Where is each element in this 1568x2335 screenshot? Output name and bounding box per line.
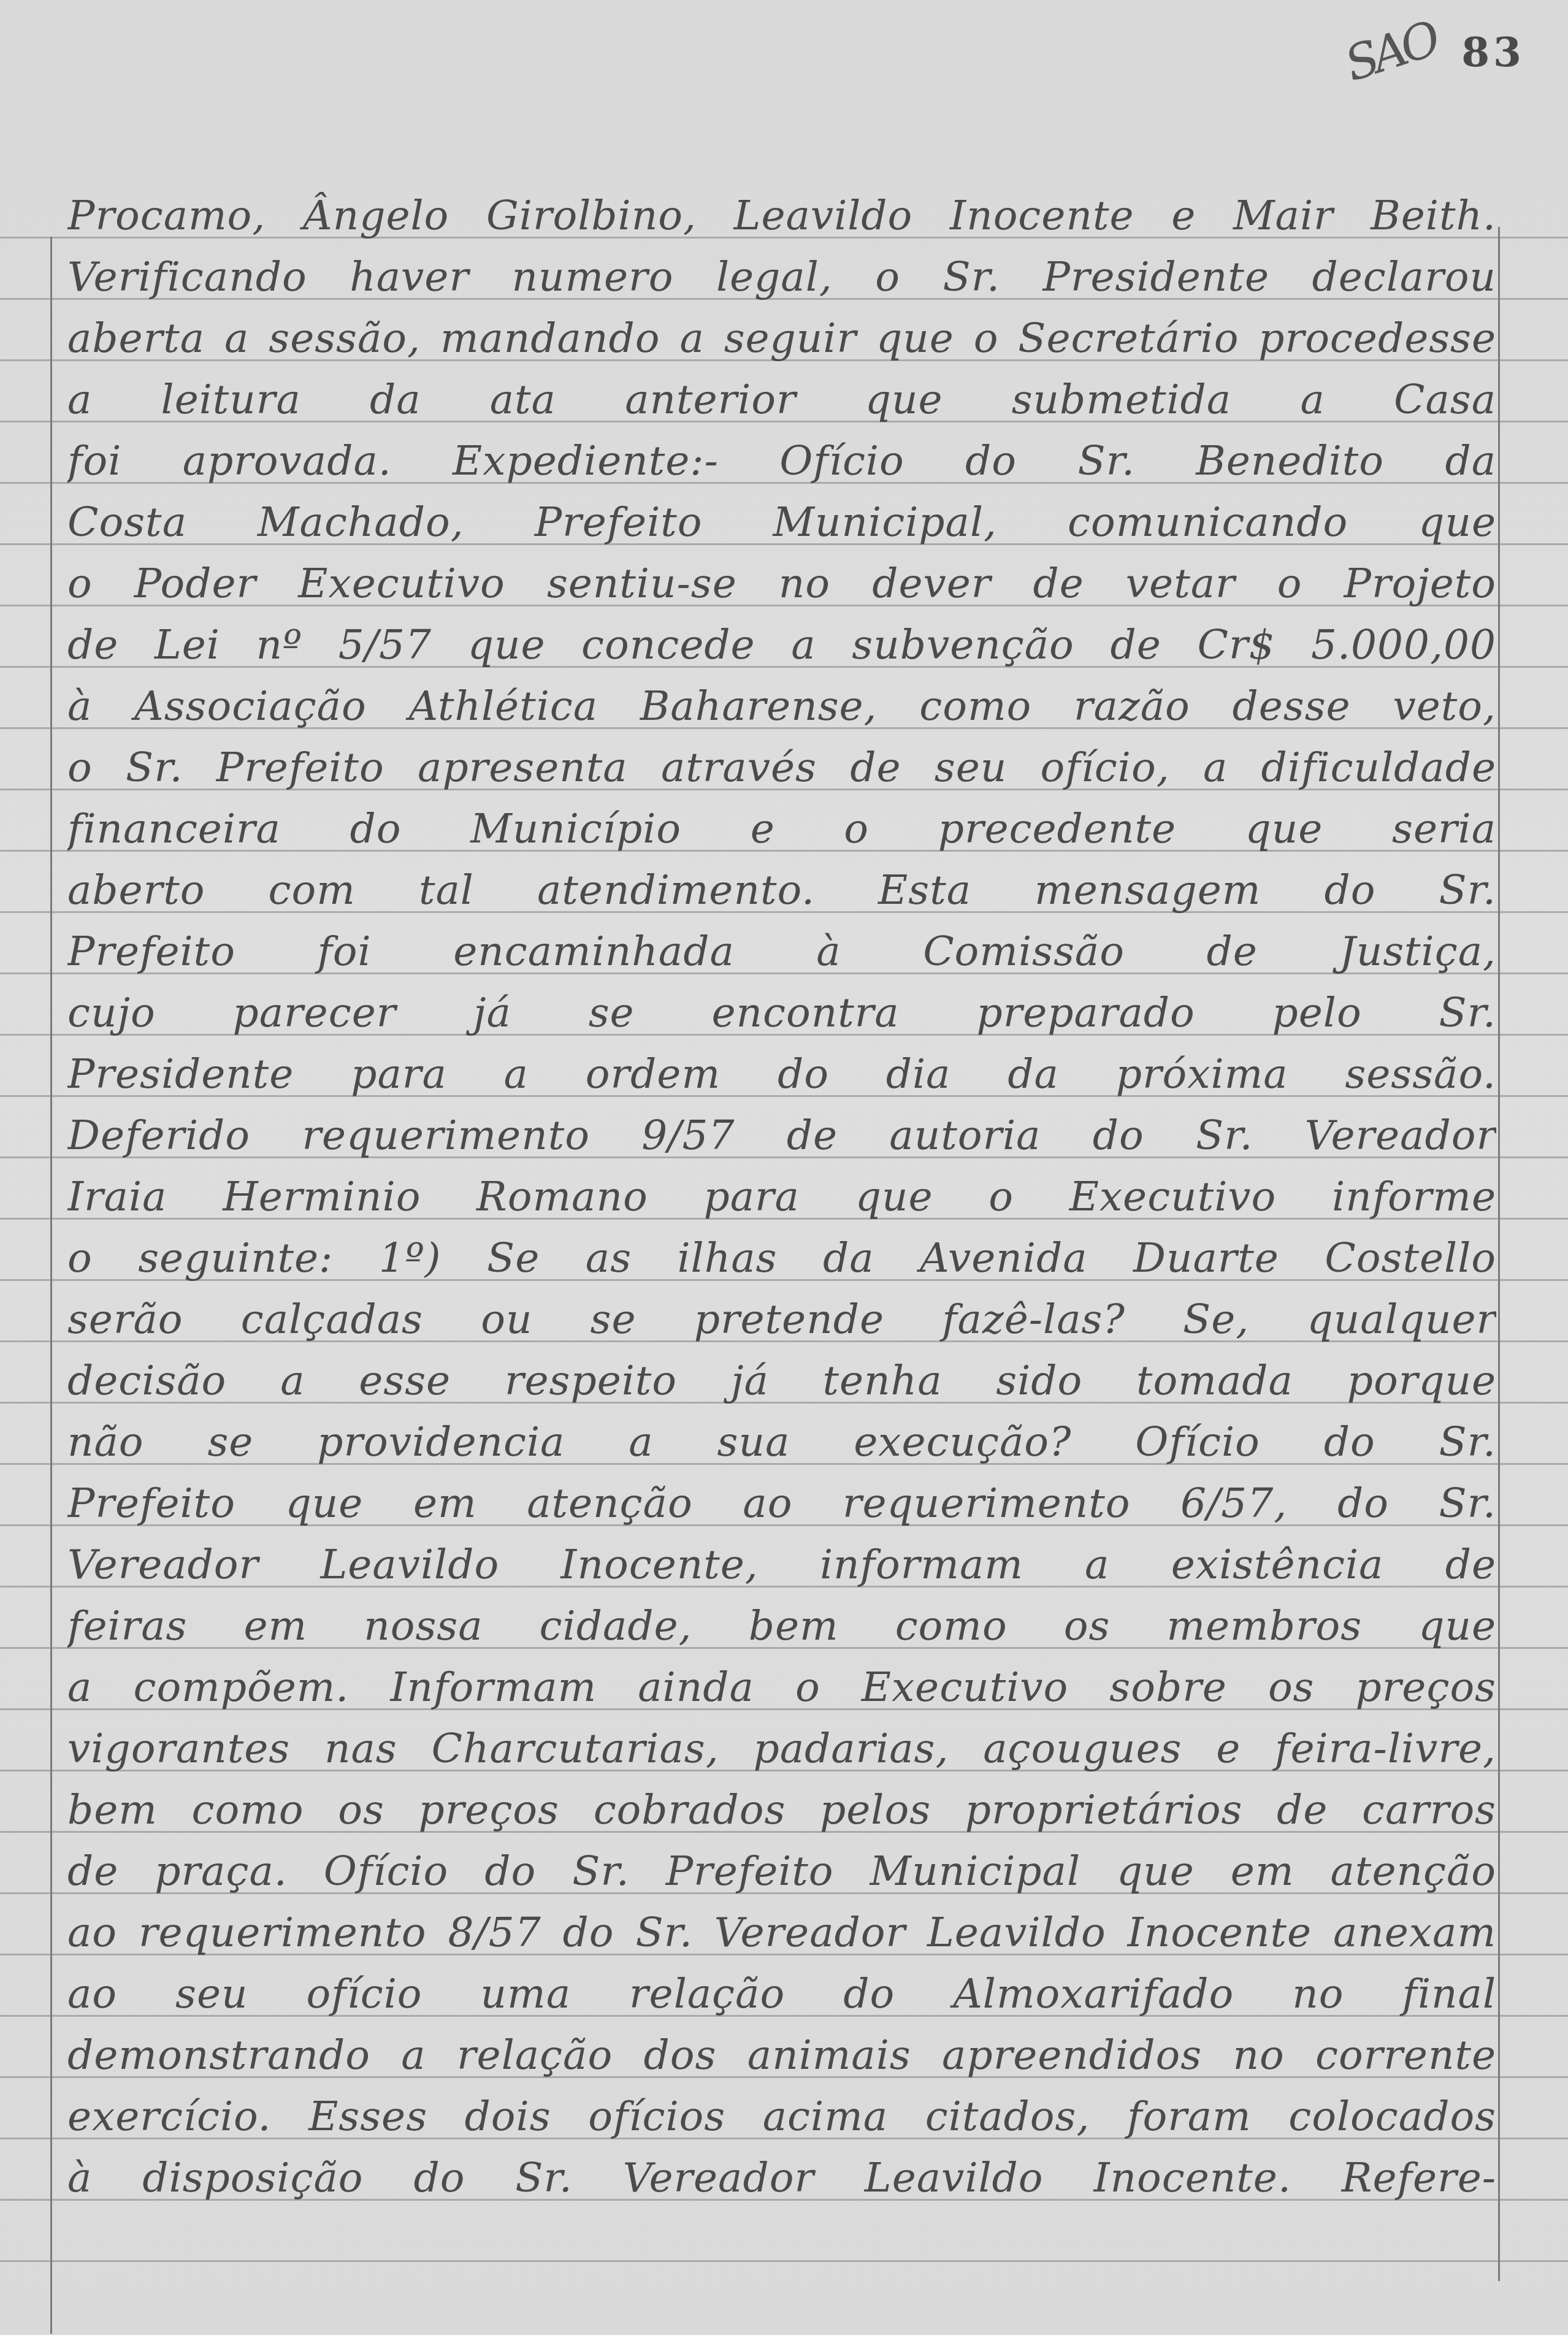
text-line: Procamo, Ângelo Girolbino, Leavildo Inoc… <box>67 178 1496 239</box>
rule-line <box>0 2260 1568 2262</box>
text-line: demonstrando a relação dos animais apree… <box>67 2017 1496 2079</box>
text-line: a compõem. Informam ainda o Executivo so… <box>67 1649 1496 1711</box>
text-line: Prefeito foi encaminhada à Comissão de J… <box>67 914 1496 975</box>
document-page: SAO 83 <box>0 0 1568 2335</box>
text-line: à disposição do Sr. Vereador Leavildo In… <box>67 2140 1496 2201</box>
text-line: serão calçadas ou se pretende fazê-las? … <box>67 1282 1496 1343</box>
text-line: Iraia Herminio Romano para que o Executi… <box>67 1159 1496 1220</box>
text-line: decisão a esse respeito já tenha sido to… <box>67 1343 1496 1404</box>
text-line: o seguinte: 1º) Se as ilhas da Avenida D… <box>67 1220 1496 1282</box>
text-line: de praça. Ofício do Sr. Prefeito Municip… <box>67 1833 1496 1895</box>
text-line: não se providencia a sua execução? Ofíci… <box>67 1404 1496 1466</box>
text-line: o Poder Executivo sentiu-se no dever de … <box>67 546 1496 607</box>
text-line: aberta a sessão, mandando a seguir que o… <box>67 300 1496 362</box>
text-line: cujo parecer já se encontra preparado pe… <box>67 975 1496 1036</box>
text-line: Vereador Leavildo Inocente, informam a e… <box>67 1527 1496 1588</box>
text-line: Verificando haver numero legal, o Sr. Pr… <box>67 239 1496 300</box>
text-line: ao seu ofício uma relação do Almoxarifad… <box>67 1956 1496 2017</box>
page-number: 83 <box>1461 28 1525 76</box>
text-line: Deferido requerimento 9/57 de autoria do… <box>67 1098 1496 1159</box>
text-line: de Lei nº 5/57 que concede a subvenção d… <box>67 607 1496 668</box>
text-line: Costa Machado, Prefeito Municipal, comun… <box>67 484 1496 546</box>
initials-stamp: SAO <box>1339 12 1443 93</box>
text-line: exercício. Esses dois ofícios acima cita… <box>67 2079 1496 2140</box>
page-header: SAO 83 <box>1345 25 1525 80</box>
text-line: bem como os preços cobrados pelos propri… <box>67 1772 1496 1833</box>
text-line: vigorantes nas Charcutarias, padarias, a… <box>67 1711 1496 1772</box>
text-line: Prefeito que em atenção ao requerimento … <box>67 1466 1496 1527</box>
text-line: o Sr. Prefeito apresenta através de seu … <box>67 730 1496 791</box>
text-line: foi aprovada. Expediente:- Ofício do Sr.… <box>67 423 1496 484</box>
left-margin-line <box>50 237 52 2334</box>
text-line: financeira do Município e o precedente q… <box>67 791 1496 852</box>
right-margin-line <box>1498 227 1500 2281</box>
text-line: feiras em nossa cidade, bem como os memb… <box>67 1588 1496 1649</box>
text-line: aberto com tal atendimento. Esta mensage… <box>67 852 1496 914</box>
text-line: a leitura da ata anterior que submetida … <box>67 362 1496 423</box>
text-line: Presidente para a ordem do dia da próxim… <box>67 1036 1496 1098</box>
text-line: à Associação Athlética Baharense, como r… <box>67 668 1496 730</box>
text-line: ao requerimento 8/57 do Sr. Vereador Lea… <box>67 1895 1496 1956</box>
